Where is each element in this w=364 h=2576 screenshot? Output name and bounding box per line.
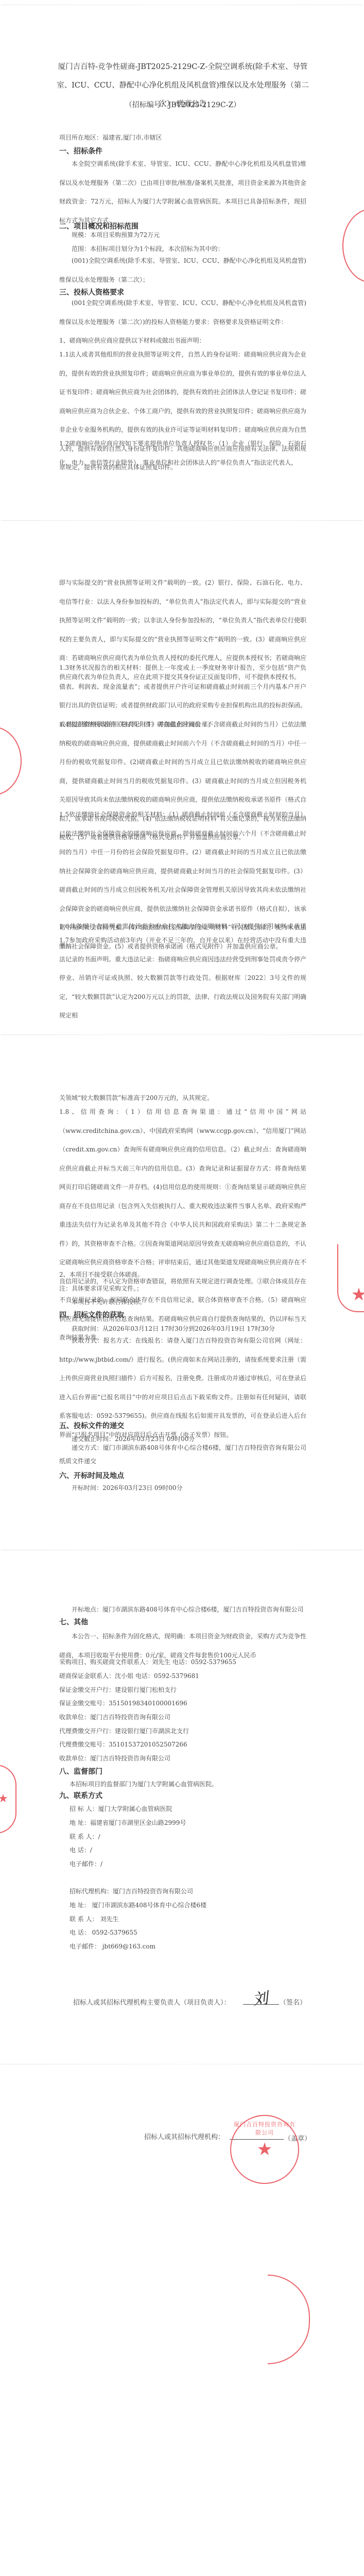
page-divider	[1, 1550, 363, 1550]
tenderer-email: 电子邮件：/	[70, 1859, 102, 1868]
agency-fee-account: 代理费缴交账号：35101537201052507266	[59, 1740, 187, 1749]
section-heading-other: 七、其他	[59, 1617, 88, 1627]
signer-label: 招标人或其招标代理机构主要负责人（项目负责人）：	[73, 1997, 231, 2007]
partial-seal-edge	[268, 2275, 310, 2364]
tenderer-phone: 电 话：/	[70, 1845, 92, 1854]
section-heading-document-acquisition: 四、招标文件的获取	[59, 1310, 124, 1320]
page-divider	[1, 1035, 363, 1035]
star-icon: ★	[257, 2141, 272, 2158]
section-heading-bid-opening: 六、开标时间及地点	[59, 1470, 124, 1481]
agency-address: 地 址： 厦门市湖滨东路408号体育中心综合楼6楼	[70, 1901, 206, 1909]
qualification-intro: (001全院空调系统(除手术室、导管室、ICU、CCU、静配中心净化机组及风机盘…	[59, 294, 306, 331]
star-icon: ★	[351, 1286, 364, 1303]
agency-email: 电子邮件： jbt669@163.com	[70, 1942, 155, 1951]
tenderer-name: 招 标 人：厦门大学附属心血管病医院	[70, 1804, 172, 1813]
partial-seal-edge	[342, 209, 364, 283]
deposit-bank: 保证金缴交开户行：建设银行厦门松柏支行	[59, 1685, 177, 1694]
opening-time: 开标时间：2026年03月23日 09时00分	[72, 1483, 182, 1492]
qualification-note: 注：具体要求详见采购文件。；	[59, 1284, 143, 1293]
section-heading-project-overview: 二、项目概况和招标范围	[59, 221, 138, 231]
partial-seal-edge: ★	[0, 1765, 16, 1834]
qualification-item-2: 2、本项目不接受联合体磋商。	[59, 1270, 144, 1279]
agency-fee-payee: 收款单位：厦门吉百特投资咨询有限公司	[59, 1754, 170, 1762]
agency-contact: 联 系 人： 刘先生	[70, 1914, 118, 1923]
seal-text: 厦门吉百特投资咨询有限公司	[231, 2120, 298, 2137]
agency-name: 招标代理机构：厦门吉百特投资咨询有限公司	[70, 1887, 193, 1895]
deposit-account: 保证金缴交账号：35150198340100001696	[59, 1699, 187, 1707]
tenderer-address: 地 址：福建省厦门市湖里区金山路2999号	[70, 1818, 186, 1827]
section-heading-supervision: 八、监督部门	[59, 1766, 102, 1776]
project-region: 项目所在地区：福建省,厦门市,市辖区	[59, 133, 162, 142]
submission-method: 递交方式：厦门市湖滨东路408号体育中心综合楼6楼，厦门吉百特投资咨询有限公司纸…	[59, 1441, 306, 1468]
agency-phone: 电 话： 0592-5379655	[70, 1928, 137, 1937]
partial-seal-edge	[0, 726, 22, 795]
section-heading-bid-submission: 五、投标文件的递交	[59, 1420, 124, 1431]
tender-conditions-text: 本全院空调系统(除手术室、导管室、ICU、CCU、静配中心净化机组及风机盘管)维…	[59, 155, 306, 230]
partial-seal-edge: ★	[337, 1244, 364, 1312]
tenderer-contact: 联 系 人：/	[70, 1832, 100, 1841]
deposit-payee: 收款单位：厦门吉百特投资咨询有限公司	[59, 1713, 170, 1721]
star-icon: ★	[0, 1793, 8, 1805]
page-divider	[1, 5, 363, 5]
tender-code: （招标编号：JBT2025-2129C-Z）	[57, 99, 309, 110]
consortium-note: 本项目不允许联合体投标。	[72, 1297, 146, 1306]
qualification-item-1-7a: 1.7参加政府采购活动前3年内（开业不足三年的，自开业以来）在经营活动中没有重大…	[59, 931, 306, 1025]
section-heading-contact: 九、联系方式	[59, 1790, 102, 1801]
opening-place: 开标地点：厦门市湖滨东路408号体育中心综合楼6楼，厦门吉百特投资咨询有限公司	[72, 1605, 304, 1614]
page-divider	[1, 520, 363, 521]
supervision-text: 本招标项目的监督部门为厦门大学附属心血管病医院。	[70, 1780, 218, 1788]
page-divider	[1, 2064, 363, 2064]
qualification-item-1-2a: 1.2磋商响应供应商应按如下要求提供单位负责人授权书：（1）企业（银行、保险、石…	[59, 434, 306, 472]
signer-suffix: （签名）	[280, 1997, 306, 2007]
agency-fee-bank: 代理费缴交开户行：建设银行厦门市湖滨北支行	[59, 1726, 189, 1735]
project-lot: (001)全院空调系统(除手术室、导管室、ICU、CCU、静配中心净化机组及风机…	[59, 251, 306, 289]
official-seal: 厦门吉百特投资咨询有限公司 ★	[230, 2115, 299, 2184]
seal-label-text: 招标人或其招标代理机构：	[144, 2131, 224, 2141]
project-scale: 规模：本项目采购预算为72万元	[72, 230, 160, 239]
contact-purchase: 采购项目、购买磋商文件联系人：刘先生 电话：0592-5379655	[59, 1657, 236, 1666]
handwritten-signature: 刘	[251, 1985, 269, 2010]
contact-deposit: 磋商保证金联系人：沈小姐 电话：0592-5379681	[59, 1671, 199, 1680]
